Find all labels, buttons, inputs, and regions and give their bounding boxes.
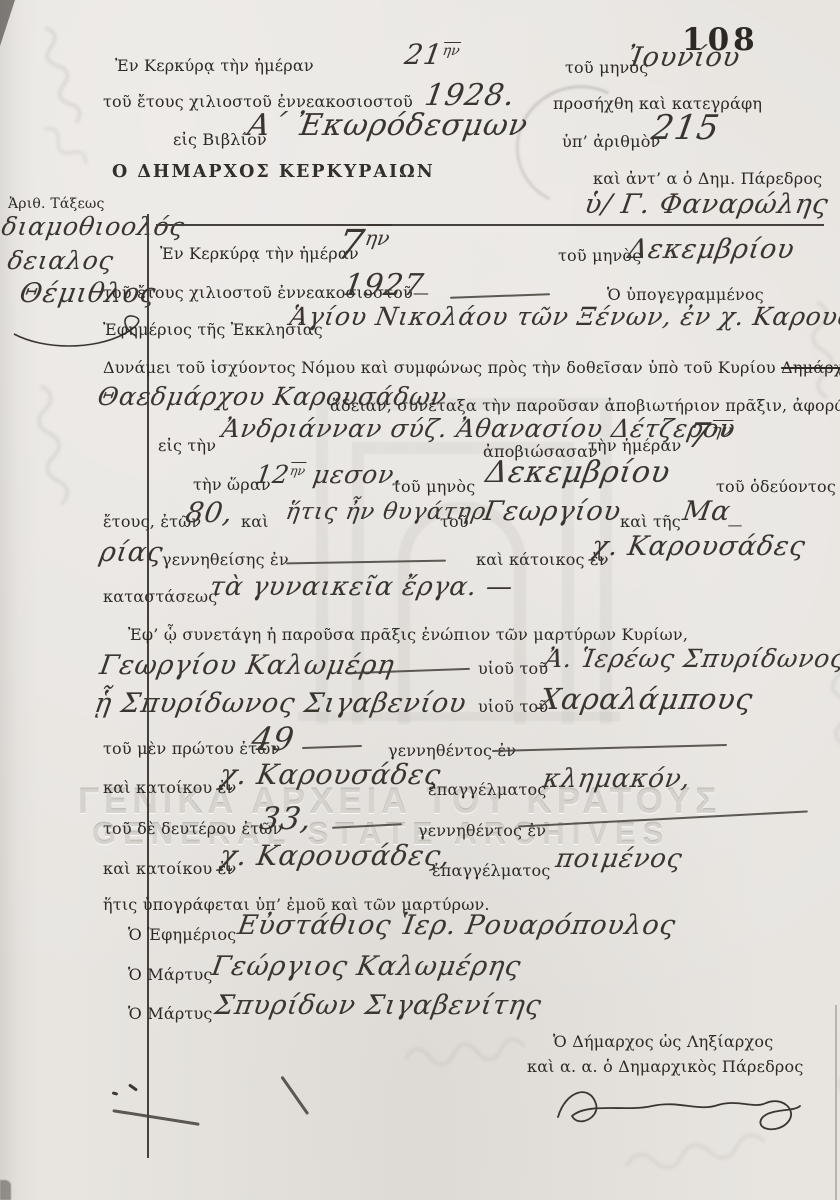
act-year-entry: 1927 (341, 268, 426, 303)
act-struck-word: Δημάρχου (781, 358, 840, 377)
act-hour-entry: 12ην μεσον. (254, 460, 406, 489)
pen-slash (281, 1076, 309, 1115)
witness1-village-entry: χ. Καρουσάδες (217, 758, 443, 791)
witness2-signature: Σπυρίδων Σιγαβενίτης (213, 990, 544, 1021)
scan-corner-mark (0, 1180, 11, 1200)
reg-day-entry: 21ην (402, 38, 461, 71)
act-father-entry: Γεωργίου (482, 496, 624, 527)
witness1-name-entry: Γεωργίου Καλωμέρη (98, 650, 397, 681)
margin-entry-1: διαμοθιοολός (0, 212, 187, 241)
reg-day-ordinal: ην (442, 43, 461, 59)
act-mother-entry: Μα_ (681, 496, 748, 527)
bleed-through-mark (20, 378, 84, 523)
closing-line-1: Ὁ Δήμαρχος ὡς Ληξίαρχος (553, 1032, 773, 1051)
ink-dot (112, 1091, 119, 1095)
mayor-heading: Ο ΔΗΜΑΡΧΟΣ ΚΕΡΚΥΡΑΙΩΝ (112, 162, 435, 182)
act-month2-label: τοῦ μηνὸς (392, 477, 475, 496)
witness1-age-entry: 49 (249, 720, 297, 758)
act-line1-printed: Ἐν Κερκύρᾳ τὴν ἡμέραν (160, 244, 359, 263)
witness1-occupation-entry: κλημακόν, (541, 764, 693, 794)
witness2-sig-label: Ὁ Μάρτυς (128, 1004, 213, 1023)
act-father-label: τοῦ (440, 512, 469, 531)
act-mother-entry-cont: ρίας (98, 537, 166, 568)
scanned-death-record-document: ΓΕΝΙΚΑ ΑΡΧΕΙΑ ΤΟΥ ΚΡΑΤΟΥΣ GENERAL STATE … (0, 0, 840, 1200)
act-law-printed: Δυνάμει τοῦ ἰσχύοντος Νόμου καὶ συμφώνως… (103, 358, 840, 377)
mayor-signature (548, 1072, 808, 1142)
priest-label: Ὁ Ἐφημέριος (128, 925, 236, 944)
act-hour-suffix: μεσον. (302, 460, 405, 489)
act-death-day-ordinal: ην (710, 421, 734, 441)
witness1-father-entry: Ἀ. Ἱερέως Σπυρίδωνος (543, 644, 840, 673)
ink-dot (128, 1083, 138, 1091)
priest-signature: Εὐστάθιος Ἱερ. Ρουαρόπουλος (236, 910, 679, 941)
bleed-through-mark (825, 994, 840, 1126)
form-horizontal-rule (156, 224, 824, 226)
witness1-signature: Γεώργιος Καλωμέρης (210, 951, 524, 982)
witness2-age-entry: 33, (257, 801, 314, 837)
pen-slash (112, 1109, 199, 1126)
act-day-ordinal: ην (363, 226, 391, 250)
witness1-resident-label: καὶ κατοίκου ἐν (103, 778, 236, 797)
witness2-father-entry: Χαραλάμπους (537, 682, 755, 716)
witness1-occupation-label: ἐπαγγέλματος (428, 780, 547, 799)
act-month2-printed-c: τοῦ ὁδεύοντος (716, 477, 836, 496)
scan-corner-mark (0, 0, 15, 46)
act-month2-entry: Δεκεμβρίου (483, 455, 673, 490)
handwritten-dash (492, 744, 727, 752)
reg-number-label: ὑπ’ ἀριθμὸν (562, 132, 661, 151)
deputy-signature: ὑ/ Γ. Φαναρώλης (583, 189, 831, 220)
act-church-entry: Ἁγίου Νικολάου τῶν Ξένων, ἐν χ. Καρουσάδ… (288, 302, 840, 331)
reg-month-entry: Ἰουνίου (626, 42, 743, 73)
act-month-entry: Δεκεμβρίου (626, 234, 797, 265)
act-status-entry: τὰ γυναικεῖα ἔργα. — (208, 572, 516, 602)
margin-label: Ἀριθ. Τάξεως (8, 196, 105, 212)
act-permit-printed: ἄδειαν, συνέταξα τὴν παροῦσαν ἀποβιωτήρι… (330, 396, 840, 415)
act-village-entry: χ. Καρουσάδες (590, 531, 808, 562)
witness1-son-label: υἱοῦ τοῦ (478, 659, 548, 678)
act-death-day-entry: 7ην (685, 416, 734, 456)
act-mother-label: καὶ τῆς (620, 512, 681, 531)
act-born-label: γεννηθείσης ἐν (162, 550, 289, 569)
handwritten-dash (450, 293, 550, 298)
margin-entry-2: δειαλος (6, 246, 116, 275)
witness2-age-label: τοῦ δὲ δευτέρου ἐτῶν (103, 819, 282, 838)
witness2-occupation-label: ἐπαγγέλματος (432, 861, 551, 880)
act-day-entry: 7ην (334, 222, 392, 268)
handwritten-dash (302, 745, 362, 749)
act-witness-intro: Ἐφ’ ᾧ συνετάγη ἡ παροῦσα πρᾶξις ἐνώπιον … (128, 625, 688, 644)
act-deceased-printed-c: τὴν ἡμέραν (588, 436, 681, 455)
act-age-entry: 80, (183, 496, 235, 529)
witness2-born-label: γεννηθέντος ἐν (418, 821, 546, 840)
witness2-occupation-entry: ποιμένος (554, 844, 685, 874)
act-deceased-label: εἰς τὴν (158, 436, 216, 455)
witness2-resident-label: καὶ κατοίκου ἐν (103, 859, 236, 878)
witness2-village-entry: χ. Καρουσάδες, (217, 839, 453, 872)
act-law-text: Δυνάμει τοῦ ἰσχύοντος Νόμου καὶ συμφώνως… (103, 358, 781, 377)
act-status-label: καταστάσεως (103, 587, 217, 606)
reg-day-value: 21 (402, 38, 444, 71)
act-hour-value: 12 (254, 460, 292, 489)
witness2-name-entry: ᾗ Σπυρίδωνος Σιγαβενίου (93, 688, 469, 719)
reg-line1-printed: Ἐν Κερκύρᾳ τὴν ἡμέραν (115, 56, 314, 75)
bleed-through-mark (794, 271, 840, 404)
reg-number-entry: 215 (649, 108, 723, 148)
act-and-printed: καὶ (241, 512, 269, 531)
deputy-label: καὶ ἀντ’ α ὁ Δημ. Πάρεδρος (593, 169, 822, 188)
witness1-sig-label: Ὁ Μάρτυς (128, 965, 213, 984)
reg-book-entry: Α΄ Ἐκωρόδεσμων (245, 108, 530, 143)
